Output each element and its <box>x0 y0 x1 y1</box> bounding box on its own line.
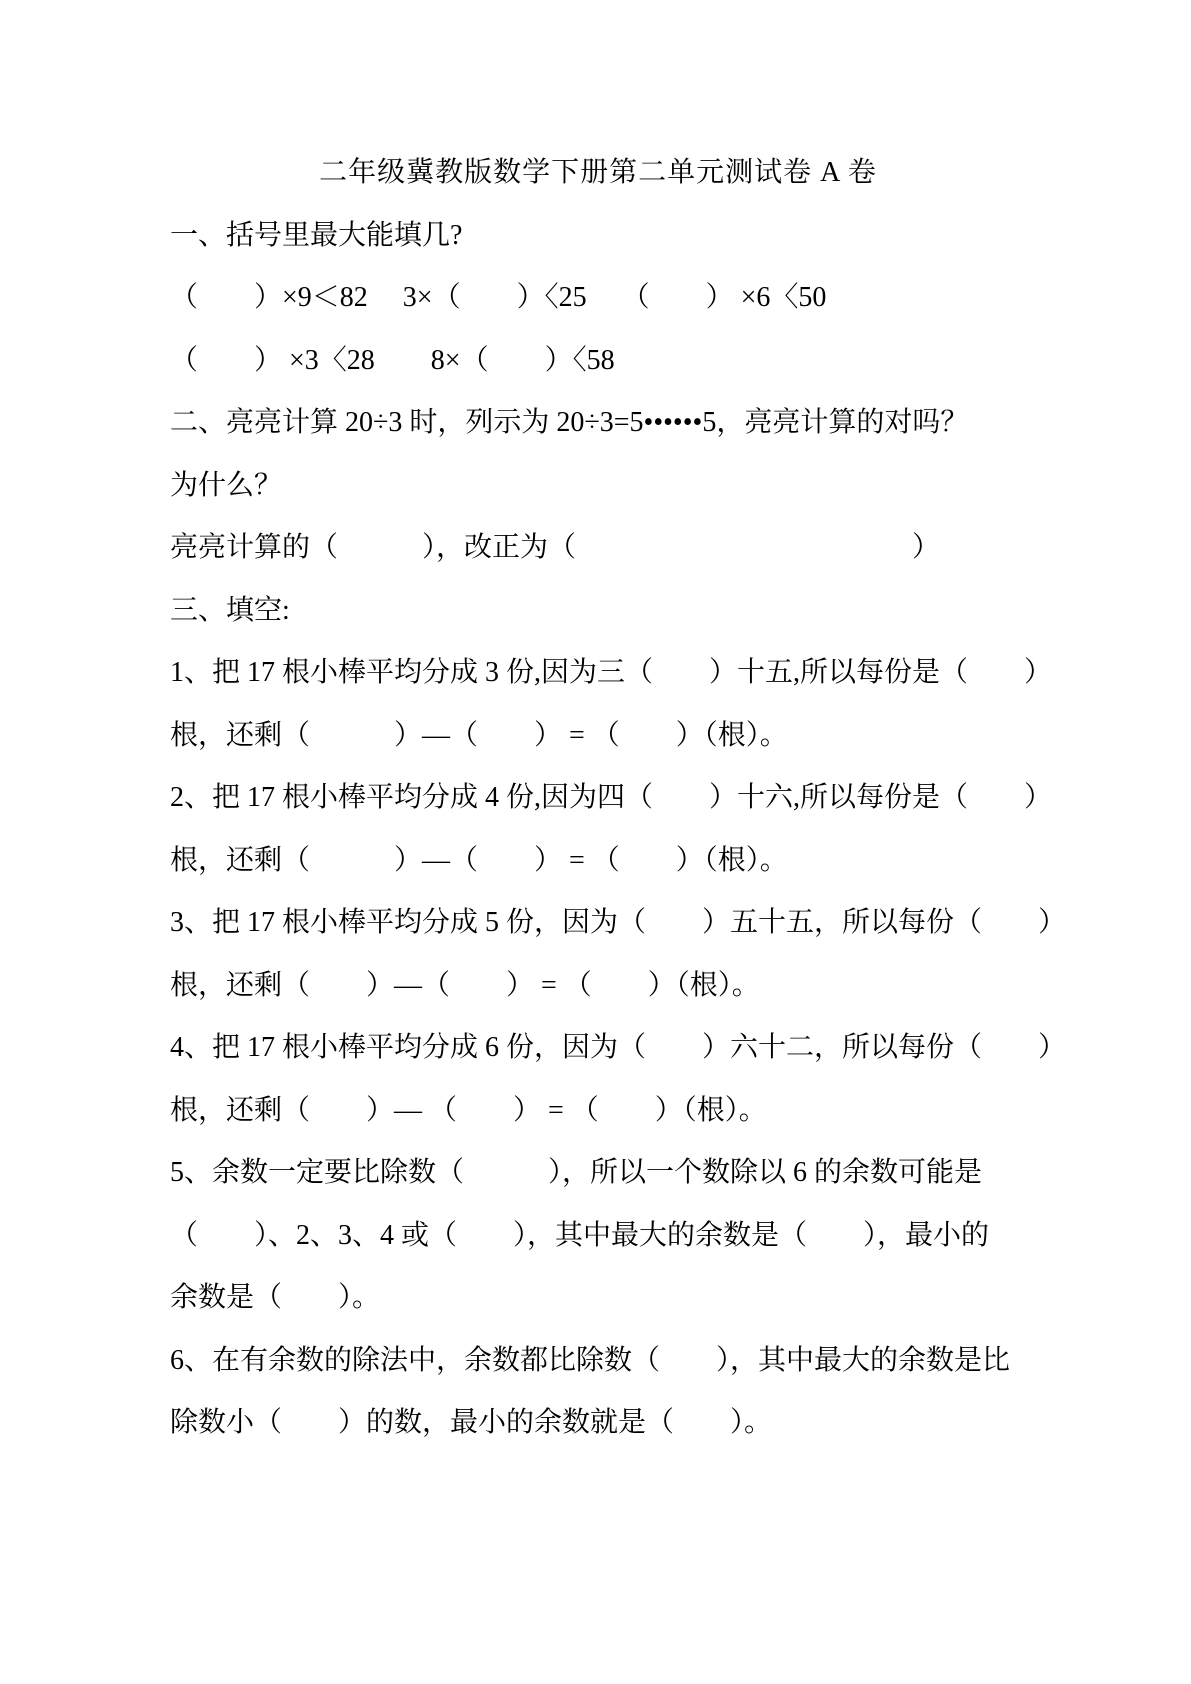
equations-row-2: （ ） ×3〈28 8×（ ）〈58 <box>170 330 1026 393</box>
question-5-line-1: 5、余数一定要比除数（ ），所以一个数除以 6 的余数可能是 <box>170 1142 1026 1205</box>
section-one-heading: 一、括号里最大能填几? <box>170 205 1026 268</box>
question-5-line-3: 余数是（ ）。 <box>170 1267 1026 1330</box>
question-6-line-2: 除数小（ ）的数，最小的余数就是（ ）。 <box>170 1392 1026 1455</box>
section-two-answer-blanks: 亮亮计算的（ ），改正为（ ） <box>170 517 1026 580</box>
question-3-line-2: 根，还剩（ ）—（ ） = （ ）（根）。 <box>170 955 1026 1018</box>
test-paper-page: 二年级冀教版数学下册第二单元测试卷 A 卷 一、括号里最大能填几? （ ）×9＜… <box>0 0 1191 1684</box>
question-4-line-2: 根，还剩（ ）— （ ） = （ ）（根）。 <box>170 1080 1026 1143</box>
section-two-question: 为什么？ <box>170 455 1026 518</box>
question-2-line-1: 2、把 17 根小棒平均分成 4 份,因为四（ ）十六,所以每份是（ ） <box>170 767 1026 830</box>
question-4-line-1: 4、把 17 根小棒平均分成 6 份，因为（ ）六十二，所以每份（ ） <box>170 1017 1026 1080</box>
equations-row-1: （ ）×9＜82 3×（ ）〈25 （ ） ×6〈50 <box>170 267 1026 330</box>
section-two-heading: 二、亮亮计算 20÷3 时，列示为 20÷3=5••••••5，亮亮计算的对吗？ <box>170 392 1026 455</box>
question-6-line-1: 6、在有余数的除法中，余数都比除数（ ），其中最大的余数是比 <box>170 1330 1026 1393</box>
page-title: 二年级冀教版数学下册第二单元测试卷 A 卷 <box>170 142 1026 205</box>
question-1-line-1: 1、把 17 根小棒平均分成 3 份,因为三（ ）十五,所以每份是（ ） <box>170 642 1026 705</box>
section-three-heading: 三、填空: <box>170 580 1026 643</box>
page-content: 二年级冀教版数学下册第二单元测试卷 A 卷 一、括号里最大能填几? （ ）×9＜… <box>170 142 1026 1455</box>
question-1-line-2: 根，还剩（ ）—（ ） = （ ）（根）。 <box>170 705 1026 768</box>
question-2-line-2: 根，还剩（ ）—（ ） = （ ）（根）。 <box>170 830 1026 893</box>
question-5-line-2: （ ）、2、3、4 或（ ），其中最大的余数是（ ），最小的 <box>170 1205 1026 1268</box>
question-3-line-1: 3、把 17 根小棒平均分成 5 份，因为（ ）五十五，所以每份（ ） <box>170 892 1026 955</box>
